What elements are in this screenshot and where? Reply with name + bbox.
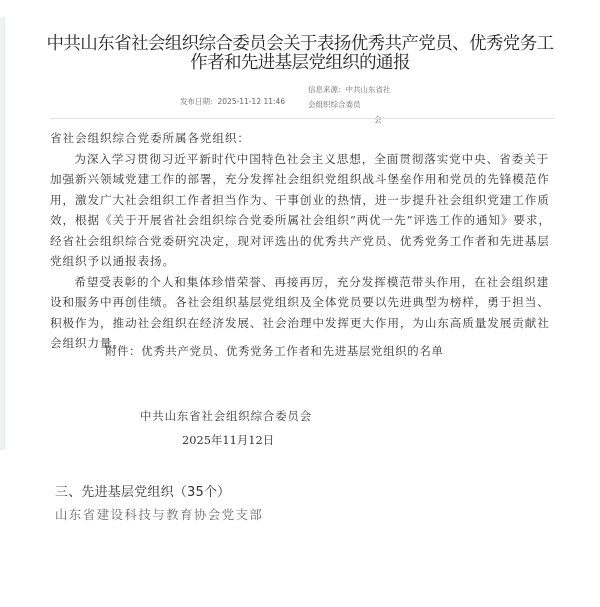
- article-body: 省社会组织综合党委所属各党组织： 为深入学习贯彻习近平新时代中国特色社会主义思想…: [50, 128, 560, 354]
- meta-source: 信息来源：中共山东省社会组织综合委员 会: [308, 82, 396, 127]
- section-heading: 三、先进基层党组织（35个）: [55, 481, 230, 500]
- salutation: 省社会组织综合党委所属各党组织：: [50, 128, 560, 149]
- signature-date: 2025年11月12日: [182, 432, 274, 448]
- signature-org: 中共山东省社会组织综合委员会: [140, 408, 312, 424]
- left-rail: [0, 17, 5, 450]
- body-paragraph: 为深入学习贯彻习近平新时代中国特色社会主义思想，全面贯彻落实党中央、省委关于加强…: [50, 149, 560, 272]
- article-title: 中共山东省社会组织综合委员会关于表扬优秀共产党员、优秀党务工作者和先进基层党组织…: [40, 35, 560, 73]
- meta-source-label: 信息来源：: [308, 85, 346, 94]
- body-paragraph: 希望受表彰的个人和集体珍惜荣誉、再接再厉，充分发挥模范带头作用，在社会组织建设和…: [50, 272, 560, 354]
- meta-date-value: 2025-11-12 11:46: [218, 97, 286, 106]
- attachment-line: 附件：优秀共产党员、优秀党务工作者和先进基层党组织的名单: [105, 343, 444, 359]
- meta-date-label: 发布日期：: [180, 97, 218, 106]
- meta-date: 发布日期：2025-11-12 11:46: [180, 96, 285, 107]
- list-item: 山东省建设科技与教育协会党支部: [55, 505, 263, 523]
- header-divider: [50, 118, 555, 119]
- meta-source-value-wrap: 会: [348, 112, 408, 127]
